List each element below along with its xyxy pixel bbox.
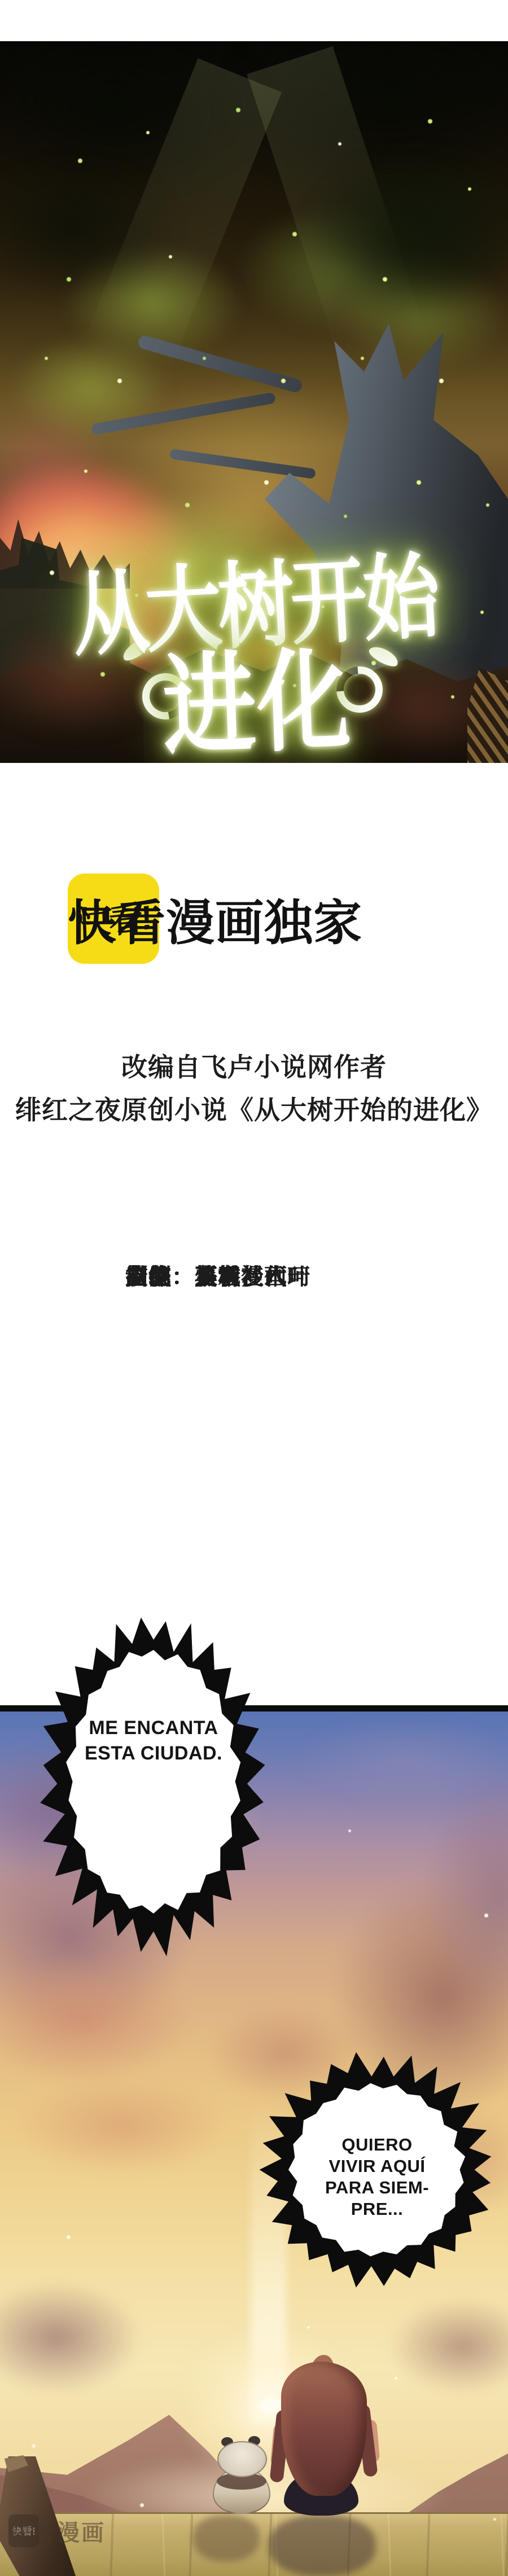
adaptation-source-line2: 绯红之夜原创小说《从大树开始的进化》 bbox=[0, 1090, 508, 1127]
cloud bbox=[0, 2281, 141, 2394]
speech-bubble-1 bbox=[40, 1617, 268, 1950]
person-hair bbox=[281, 2362, 367, 2496]
watermark-label: 快看漫画 bbox=[8, 2515, 106, 2547]
cover-art: 从大树开始 进化 bbox=[0, 41, 508, 763]
credit-line: 制作：黑鸟社 bbox=[125, 1261, 264, 1293]
speech-line: ME ENCANTA bbox=[62, 1715, 245, 1741]
publisher-brand-row: 快看! 快看漫画独家 bbox=[68, 874, 497, 964]
person-reflection bbox=[269, 2515, 376, 2576]
speech-line: QUIERO bbox=[292, 2134, 462, 2156]
speech-line: VIVIR AQUÍ bbox=[292, 2156, 462, 2177]
adaptation-source-line1: 改编自飞卢小说网作者 bbox=[0, 1047, 508, 1084]
speech-line: ESTA CIUDAD. bbox=[62, 1741, 245, 1766]
panda-reflection bbox=[193, 2515, 260, 2561]
speech-bubble-2-text: QUIERO VIVIR AQUÍ PARA SIEM- PRE... bbox=[292, 2134, 462, 2220]
publisher-exclusive-label: 快看漫画独家 bbox=[68, 884, 362, 954]
speech-line: PRE... bbox=[292, 2198, 462, 2220]
cloud bbox=[17, 2078, 226, 2174]
sun-core bbox=[260, 2398, 281, 2413]
comic-page: 从大树开始 进化 快看! 快看漫画独家 改编自飞卢小说网作者 绯红之夜原创小说《… bbox=[0, 0, 508, 2576]
speech-bubble-1-text: ME ENCANTA ESTA CIUDAD. bbox=[62, 1715, 245, 1766]
cover-fireflies bbox=[0, 41, 2, 43]
cloud bbox=[389, 2298, 508, 2394]
panda-head bbox=[217, 2441, 267, 2477]
speech-line: PARA SIEM- bbox=[292, 2177, 462, 2198]
light-sparkles bbox=[0, 1712, 2, 1713]
cover-title-line2: 进化 bbox=[160, 612, 354, 763]
